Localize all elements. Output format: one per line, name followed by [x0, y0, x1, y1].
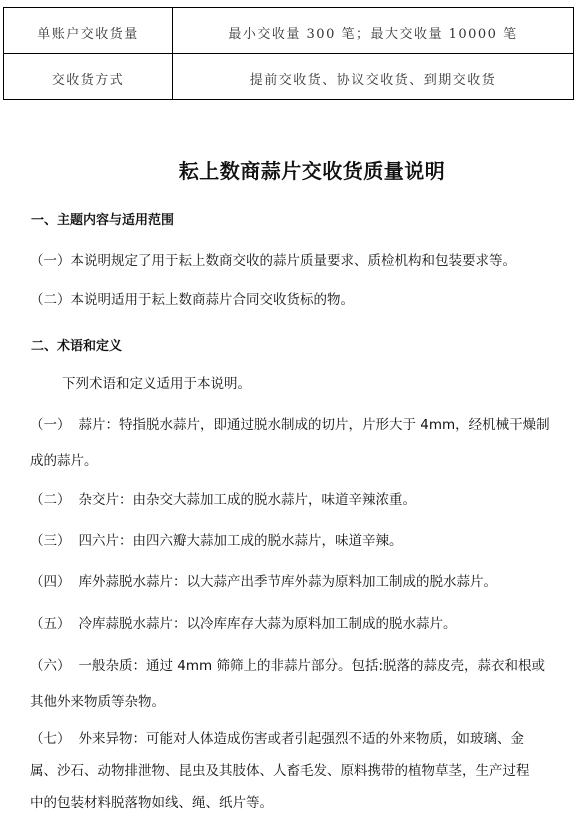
definition-line: （七）外来异物：可能对人体造成伤害或者引起强烈不适的外来物质，如玻璃、金	[30, 723, 570, 755]
definition-line: 属、沙石、动物排泄物、昆虫及其肢体、人畜毛发、原料携带的植物草茎，生产过程	[30, 755, 570, 787]
table-label-cell: 交收货方式	[4, 54, 173, 100]
table-label-cell: 单账户交收货量	[4, 8, 173, 54]
section-heading-scope: 一、主题内容与适用范围	[31, 209, 174, 228]
definition-number: （四）	[30, 564, 71, 600]
paragraph-number: （一）	[30, 243, 71, 279]
paragraph-text: 本说明规定了用于耘上数商交收的蒜片质量要求、质检机构和包装要求等。	[71, 253, 517, 269]
paragraph-text: 本说明适用于耘上数商蒜片合同交收货标的物。	[71, 292, 355, 308]
table-row: 单账户交收货量 最小交收量 300 笔；最大交收量 10000 笔	[4, 8, 574, 54]
definition-6: （六）一般杂质：通过 4mm 筛筛上的非蒜片部分。包括:脱落的蒜皮壳，蒜衣和根或…	[30, 648, 570, 720]
definition-number: （二）	[30, 482, 71, 518]
definition-text: 一般杂质：通过 4mm 筛筛上的非蒜片部分。包括:脱落的蒜皮壳，蒜衣和根或	[79, 658, 546, 674]
definition-line: （一）蒜片：特指脱水蒜片，即通过脱水制成的切片，片形大于 4mm，经机械干燥制	[30, 407, 570, 443]
definition-text: 外来异物：可能对人体造成伤害或者引起强烈不适的外来物质，如玻璃、金	[79, 731, 525, 747]
definition-number: （三）	[30, 523, 71, 559]
definition-number: （六）	[30, 648, 71, 684]
definition-line: 成的蒜片。	[30, 443, 570, 479]
definition-text: 库外蒜脱水蒜片：以大蒜产出季节库外蒜为原料加工制成的脱水蒜片。	[79, 574, 498, 590]
definition-line: 其他外来物质等杂物。	[30, 684, 570, 720]
terms-intro: 下列术语和定义适用于本说明。	[62, 366, 577, 402]
definition-text: 四六片：由四六瓣大蒜加工成的脱水蒜片，味道辛辣。	[79, 533, 403, 549]
definition-text: 蒜片：特指脱水蒜片，即通过脱水制成的切片，片形大于 4mm，经机械干燥制	[79, 417, 550, 433]
definition-line: 中的包装材料脱落物如线、绳、纸片等。	[30, 787, 570, 819]
definition-3: （三）四六片：由四六瓣大蒜加工成的脱水蒜片，味道辛辣。	[30, 523, 570, 559]
definition-2: （二）杂交片：由杂交大蒜加工成的脱水蒜片，味道辛辣浓重。	[30, 482, 570, 518]
section-heading-terms: 二、术语和定义	[31, 335, 122, 354]
document-title: 耘上数商蒜片交收货质量说明	[0, 155, 577, 184]
table-row: 交收货方式 提前交收货、协议交收货、到期交收货	[4, 54, 574, 100]
definition-text: 冷库蒜脱水蒜片：以冷库库存大蒜为原料加工制成的脱水蒜片。	[79, 616, 457, 632]
definition-4: （四）库外蒜脱水蒜片：以大蒜产出季节库外蒜为原料加工制成的脱水蒜片。	[30, 564, 570, 600]
definition-text: 杂交片：由杂交大蒜加工成的脱水蒜片，味道辛辣浓重。	[79, 492, 417, 508]
definition-7: （七）外来异物：可能对人体造成伤害或者引起强烈不适的外来物质，如玻璃、金 属、沙…	[30, 723, 570, 819]
paragraph-scope-1: （一）本说明规定了用于耘上数商交收的蒜片质量要求、质检机构和包装要求等。	[30, 243, 570, 279]
definition-number: （五）	[30, 606, 71, 642]
paragraph-number: （二）	[30, 282, 71, 318]
definition-line: （六）一般杂质：通过 4mm 筛筛上的非蒜片部分。包括:脱落的蒜皮壳，蒜衣和根或	[30, 648, 570, 684]
spec-table: 单账户交收货量 最小交收量 300 笔；最大交收量 10000 笔 交收货方式 …	[3, 7, 574, 100]
paragraph-scope-2: （二）本说明适用于耘上数商蒜片合同交收货标的物。	[30, 282, 570, 318]
definition-5: （五）冷库蒜脱水蒜片：以冷库库存大蒜为原料加工制成的脱水蒜片。	[30, 606, 570, 642]
definition-number: （一）	[30, 407, 71, 443]
table-value-cell: 提前交收货、协议交收货、到期交收货	[173, 54, 574, 100]
definition-number: （七）	[30, 723, 71, 755]
table-value-cell: 最小交收量 300 笔；最大交收量 10000 笔	[173, 8, 574, 54]
definition-1: （一）蒜片：特指脱水蒜片，即通过脱水制成的切片，片形大于 4mm，经机械干燥制 …	[30, 407, 570, 479]
